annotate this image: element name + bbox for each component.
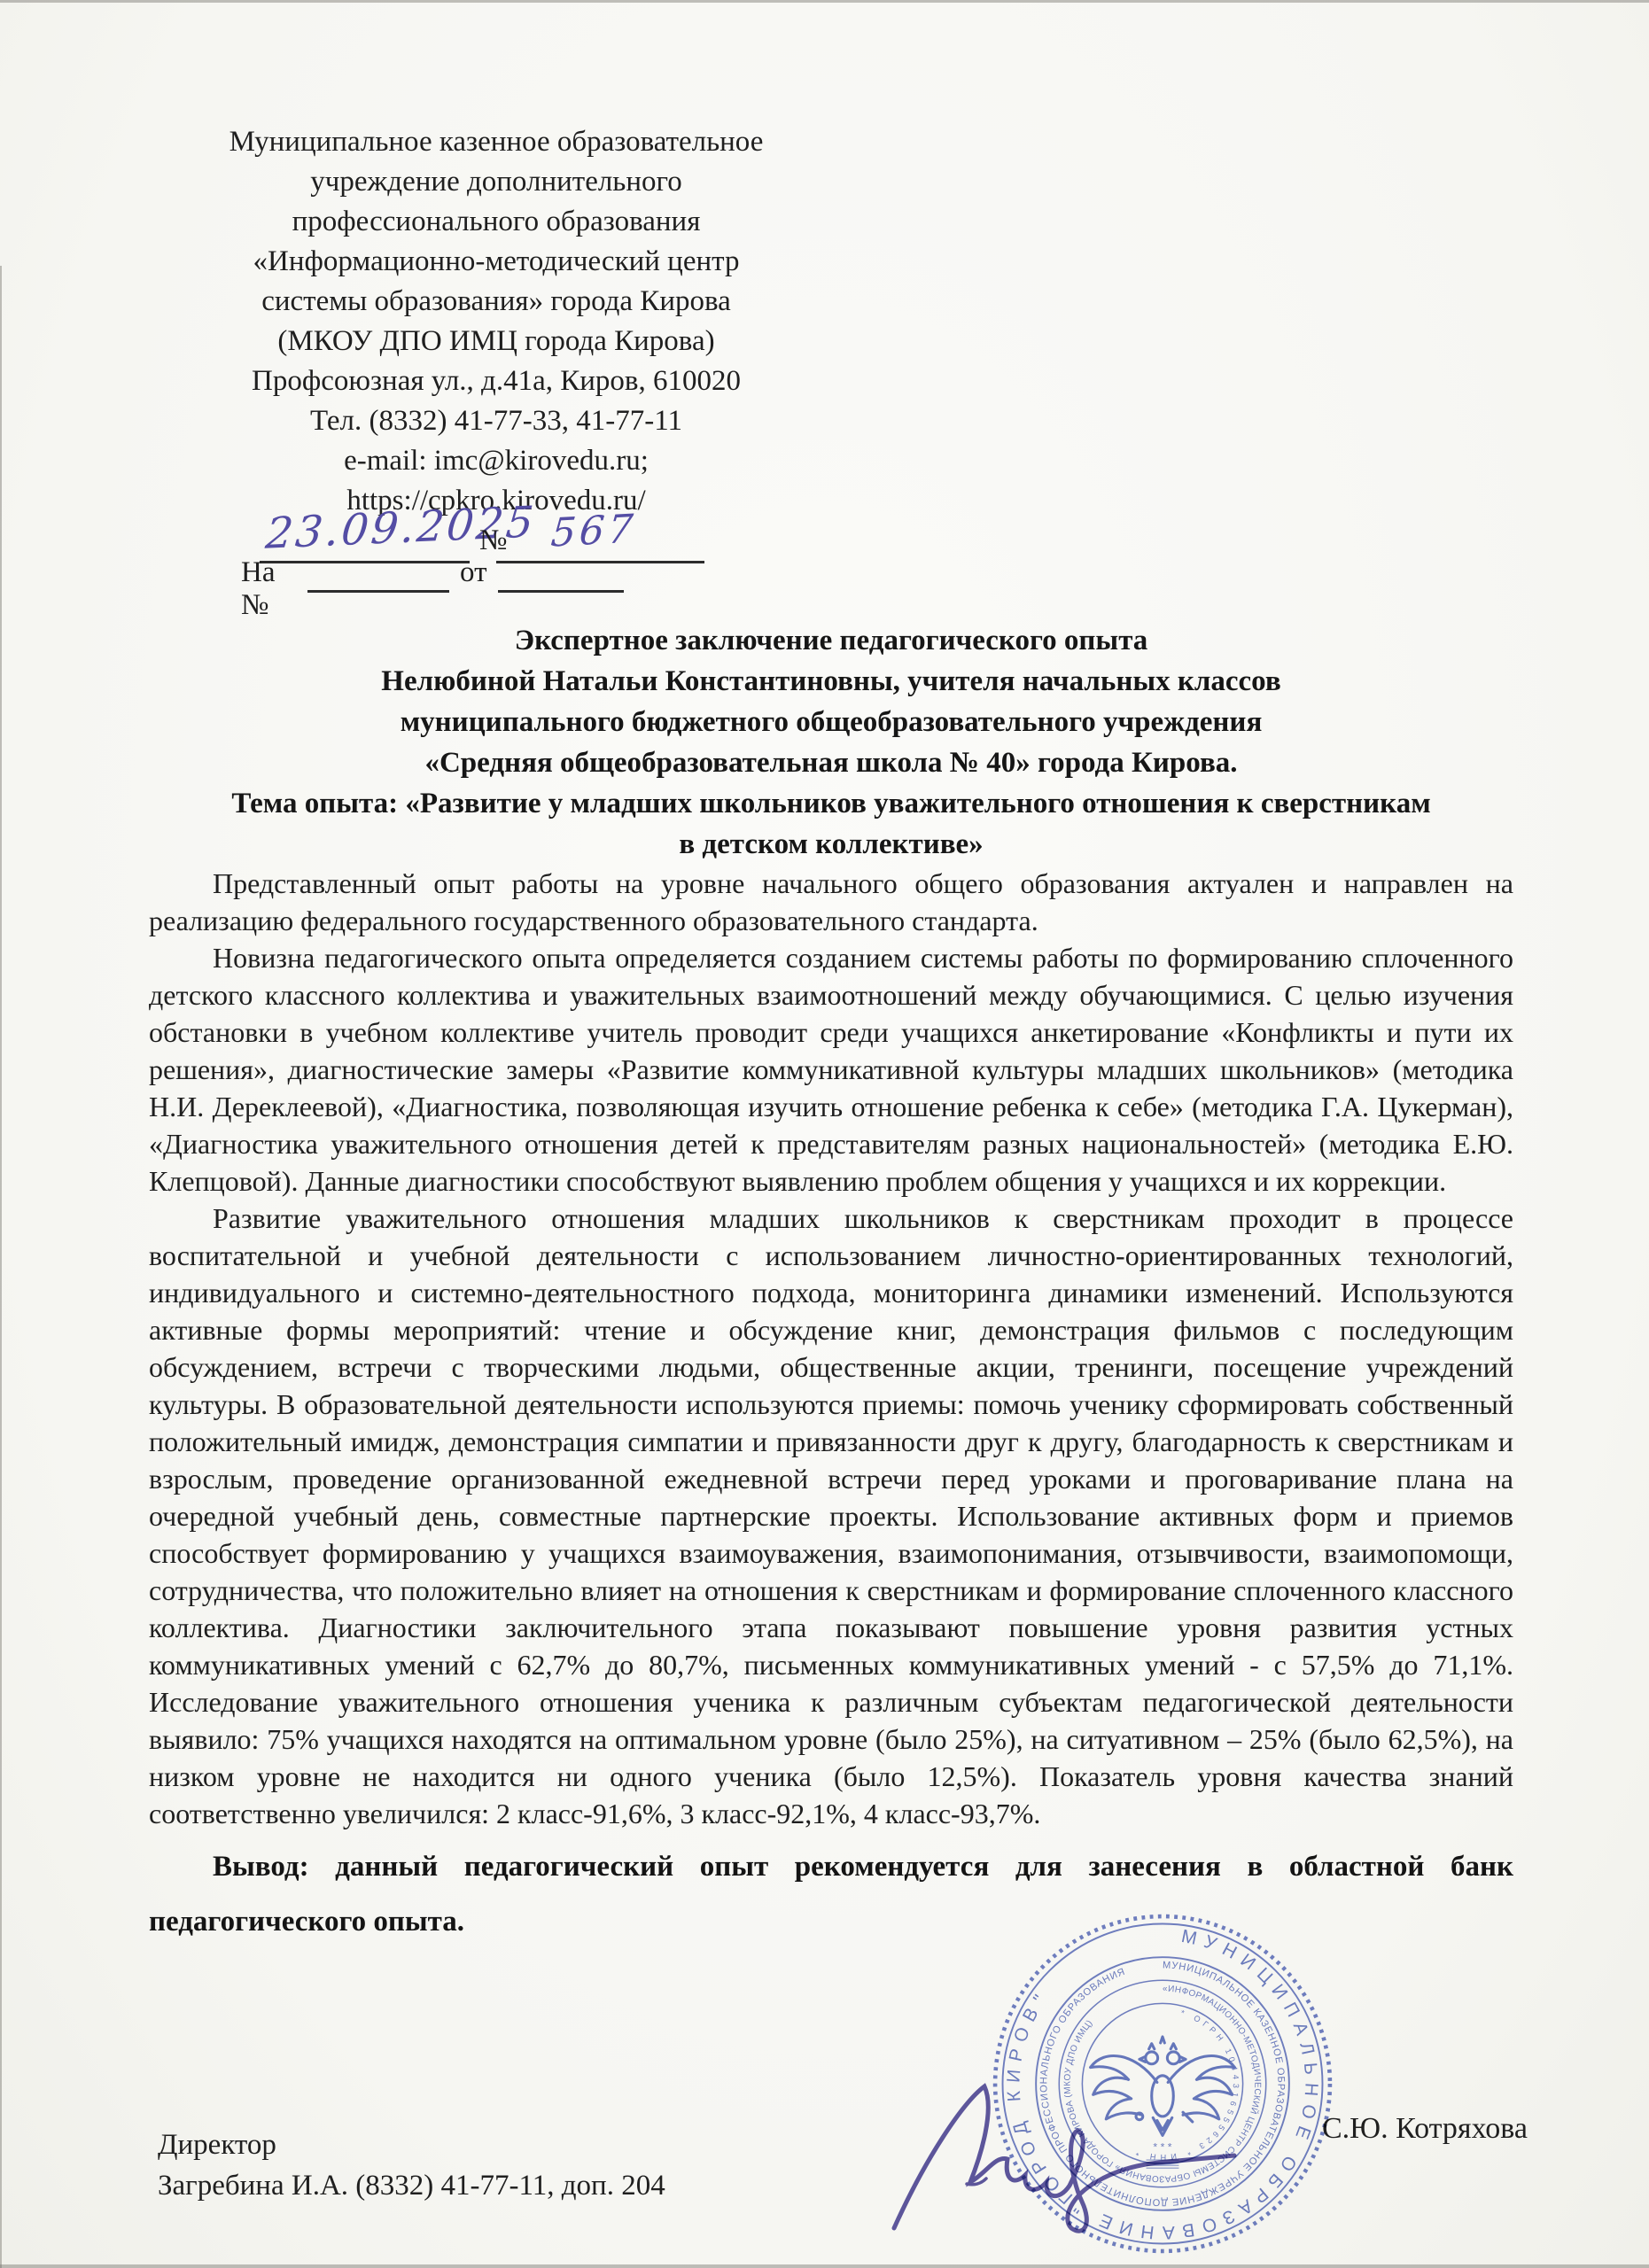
letterhead-line: e-mail: imc@kirovedu.ru; [222, 441, 771, 481]
number-sign-label: № [479, 524, 508, 557]
director-contact: Загребина И.А. (8332) 41-77-11, доп. 204 [158, 2165, 665, 2206]
reply-from-label: от [460, 556, 487, 589]
reply-date-underline [498, 590, 624, 593]
theme-line-2: в детском коллективе» [149, 824, 1513, 865]
letterhead-line: системы образования» города Кирова [222, 282, 771, 322]
letterhead-line: (МКОУ ДПО ИМЦ города Кирова) [222, 322, 771, 361]
letterhead: Муниципальное казенное образовательноеуч… [222, 122, 771, 521]
scan-edge-bottom [0, 2264, 1649, 2268]
scan-edge-left [0, 266, 2, 2268]
letterhead-line: профессионального образования [222, 202, 771, 242]
number-underline [496, 561, 704, 563]
document-title: Экспертное заключение педагогического оп… [149, 620, 1513, 783]
reply-to-label: На № [241, 556, 275, 622]
date-underline [260, 561, 470, 563]
letterhead-line: «Информационно-методический центр [222, 242, 771, 282]
title-line: Экспертное заключение педагогического оп… [149, 620, 1513, 661]
title-line: муниципального бюджетного общеобразовате… [149, 702, 1513, 742]
body-paragraph: Развитие уважительного отношения младших… [149, 1200, 1513, 1832]
director-label: Директор [158, 2124, 665, 2165]
handwritten-number: 567 [549, 506, 638, 555]
scanned-letter-page: Муниципальное казенное образовательноеуч… [0, 0, 1649, 2268]
document-body: Экспертное заключение педагогического оп… [149, 620, 1513, 1949]
director-signature [882, 2051, 1254, 2241]
letterhead-line: Профсоюзная ул., д.41а, Киров, 610020 [222, 361, 771, 401]
title-line: «Средняя общеобразовательная школа № 40»… [149, 742, 1513, 783]
letterhead-line: Тел. (8332) 41-77-33, 41-77-11 [222, 401, 771, 441]
letterhead-line: Муниципальное казенное образовательное [222, 122, 771, 162]
footer-left: Директор Загребина И.А. (8332) 41-77-11,… [158, 2124, 665, 2206]
body-paragraph: Новизна педагогического опыта определяет… [149, 939, 1513, 1200]
title-line: Нелюбиной Натальи Константиновны, учител… [149, 661, 1513, 702]
scan-edge-top [0, 0, 1649, 3]
letterhead-line: учреждение дополнительного [222, 162, 771, 202]
theme-line-1: Тема опыта: «Развитие у младших школьник… [149, 783, 1513, 824]
body-paragraph: Представленный опыт работы на уровне нач… [149, 865, 1513, 939]
reply-number-underline [307, 590, 449, 593]
paragraphs: Представленный опыт работы на уровне нач… [149, 865, 1513, 1832]
